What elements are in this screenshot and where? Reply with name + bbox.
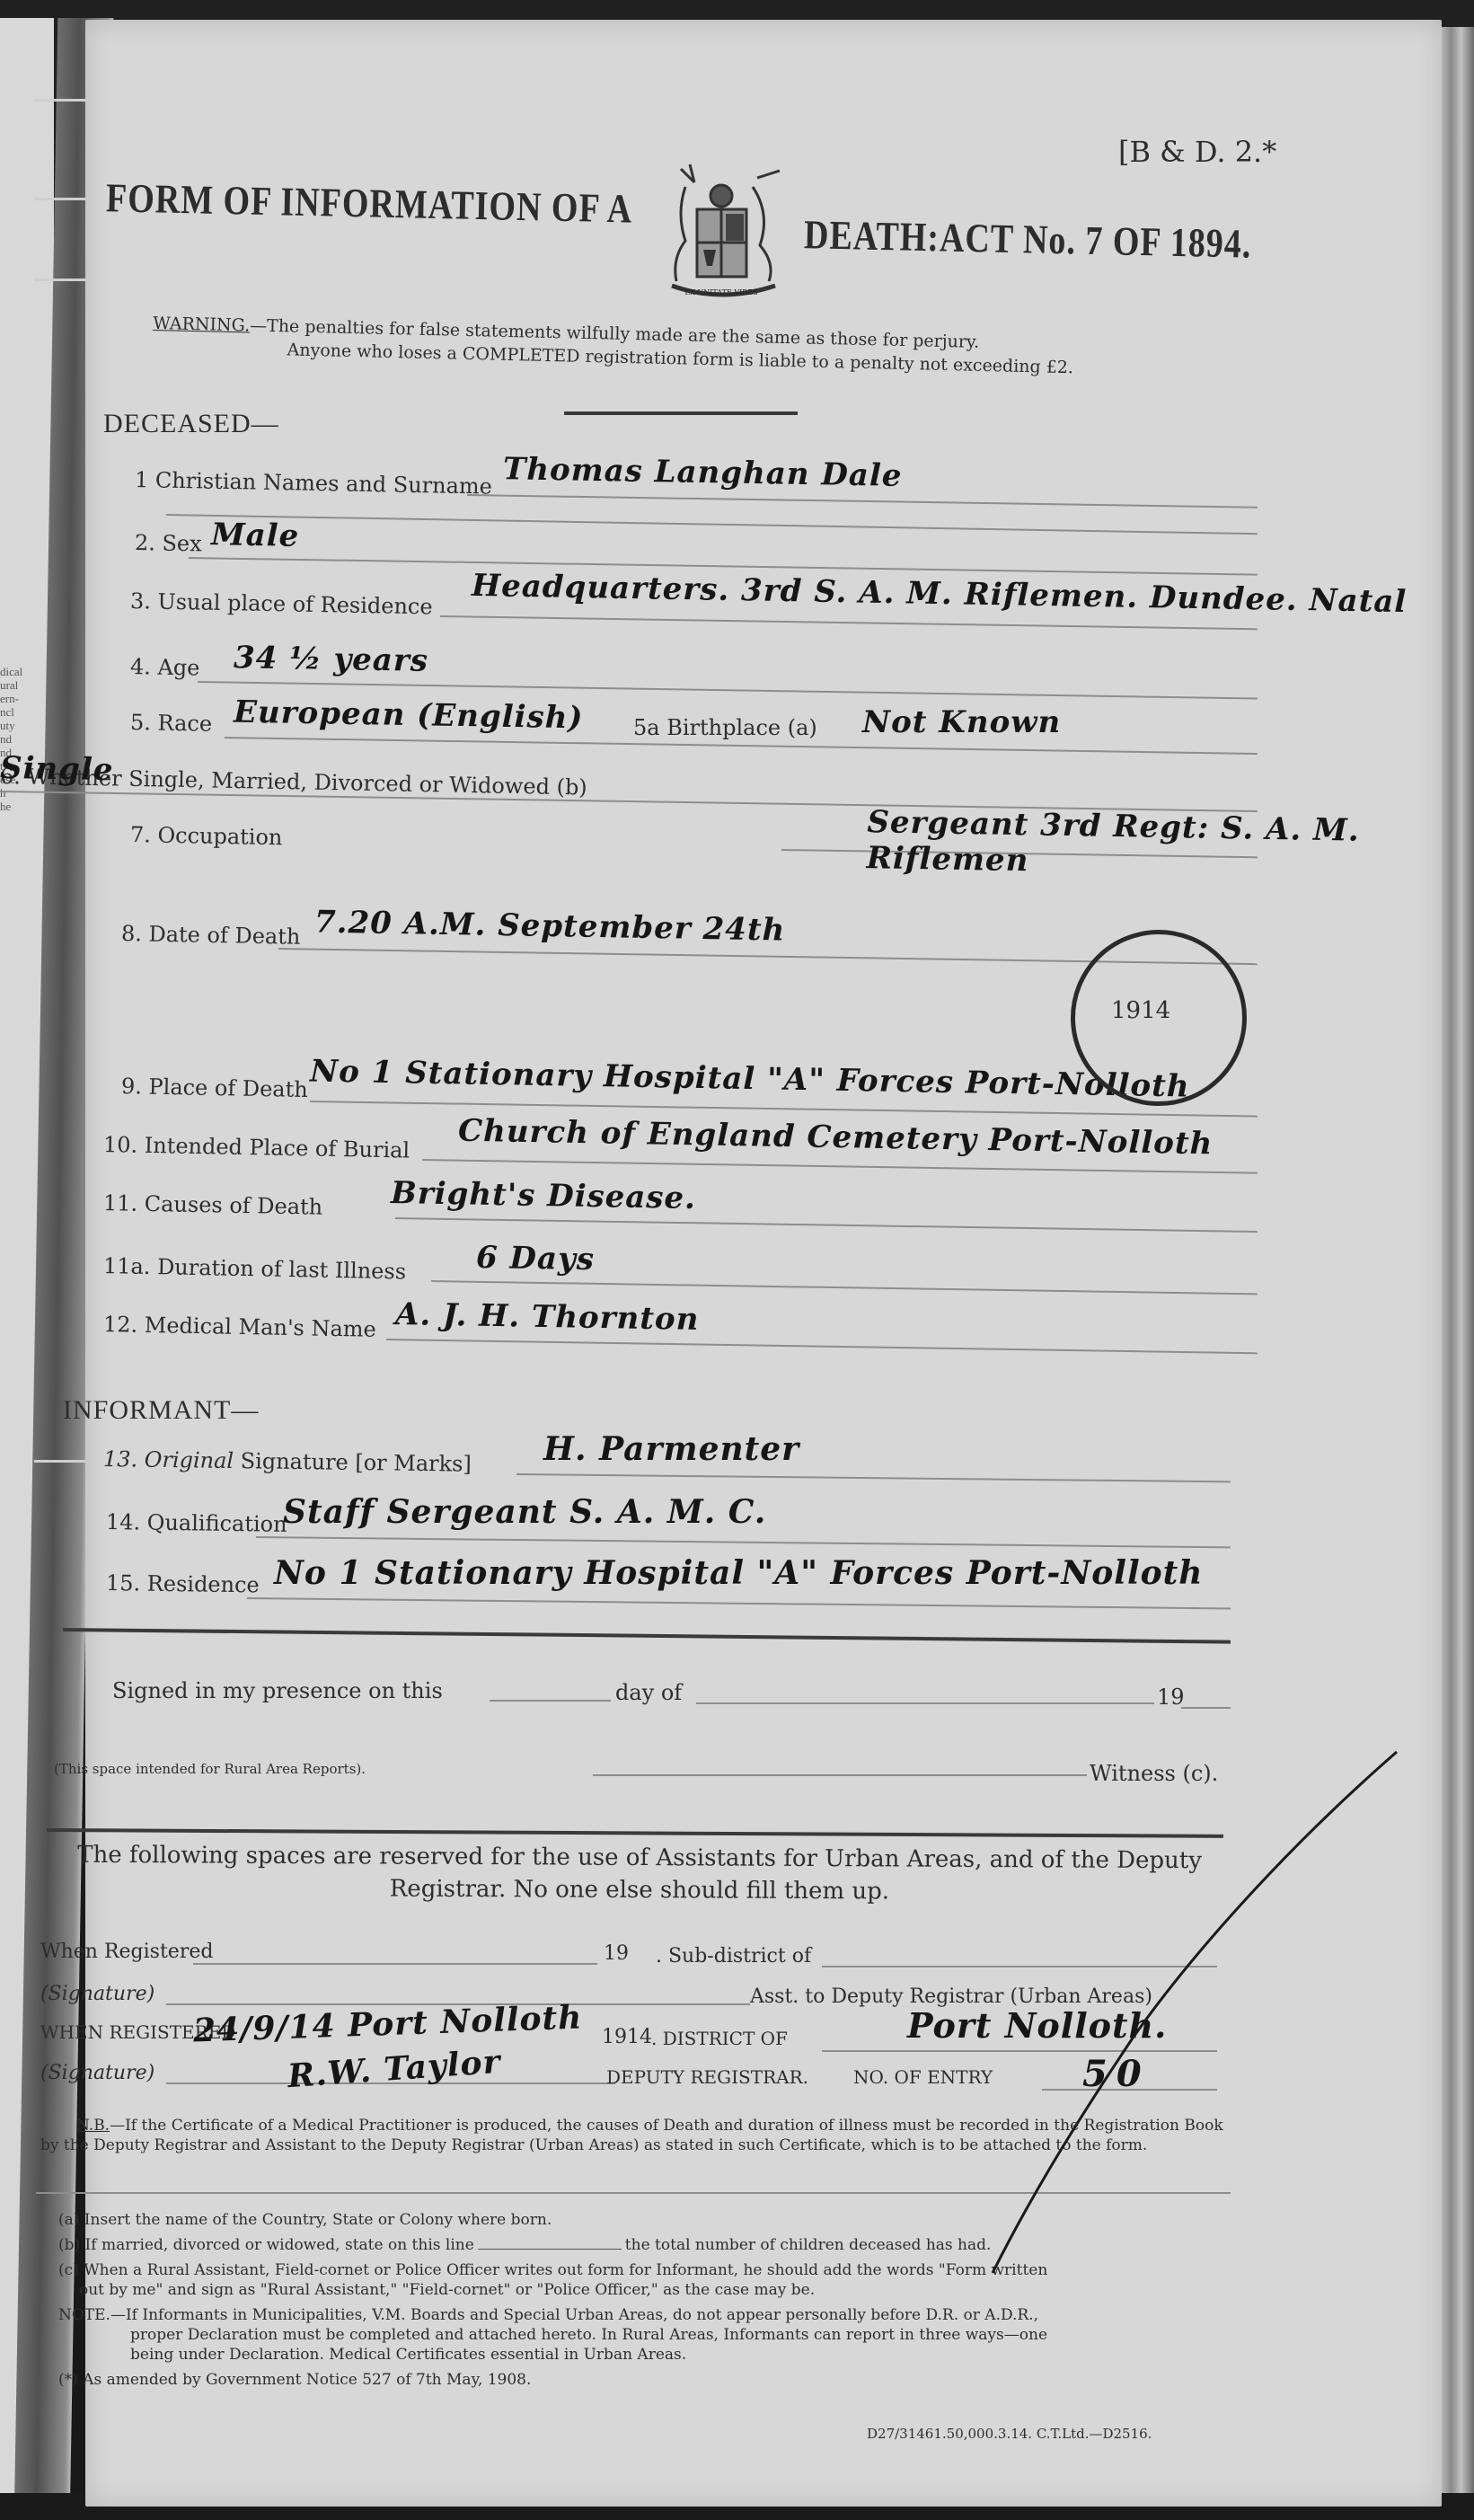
birthplace-value: Not Known bbox=[862, 704, 1061, 740]
year-prefix: 19 bbox=[604, 1942, 629, 1965]
entry-label: NO. OF ENTRY bbox=[853, 2066, 993, 2088]
page-edge bbox=[1442, 27, 1474, 2493]
note-line-3: being under Declaration. Medical Certifi… bbox=[130, 2345, 686, 2365]
divider bbox=[36, 2192, 1231, 2194]
deceased-field-value: Male bbox=[211, 517, 300, 554]
deceased-field-label: 9. Place of Death bbox=[121, 1074, 308, 1102]
svg-text:EX UNITATE VIRES: EX UNITATE VIRES bbox=[684, 288, 757, 296]
coat-of-arms-icon: EX UNITATE VIRES bbox=[645, 160, 798, 304]
facing-page-fragment: ern- bbox=[0, 692, 43, 705]
deceased-field-value: Single bbox=[0, 750, 114, 788]
birthplace-label: 5a Birthplace (a) bbox=[633, 715, 817, 740]
footnote-b: (b) If married, divorced or widowed, sta… bbox=[58, 2235, 991, 2255]
subdistrict-label: . Sub-district of bbox=[656, 1945, 811, 1967]
signature-label: (Signature) bbox=[40, 2062, 154, 2084]
deceased-field-label: 5. Race bbox=[130, 710, 213, 737]
form-code: [B & D. 2.* bbox=[1118, 135, 1276, 169]
deceased-field-value: A. J. H. Thornton bbox=[395, 1296, 700, 1338]
signature-label: (Signature) bbox=[40, 1983, 154, 2005]
signed-presence-label: Signed in my presence on this bbox=[112, 1678, 443, 1703]
year-prefix: 19 bbox=[1157, 1684, 1185, 1710]
nb-note: N.B.—If the Certificate of a Medical Pra… bbox=[40, 2116, 1226, 2155]
deceased-field-label: 8. Date of Death bbox=[121, 921, 301, 950]
deceased-field-label: 7. Occupation bbox=[130, 822, 283, 850]
deceased-field-value: Sergeant 3rd Regt: S. A. M. Riflemen bbox=[866, 804, 1474, 887]
footnote-c-2: out by me" and sign as "Rural Assistant,… bbox=[79, 2280, 815, 2300]
divider bbox=[564, 411, 798, 415]
facing-page-fragment: dical bbox=[0, 665, 43, 678]
deceased-field-value: Bright's Disease. bbox=[391, 1175, 697, 1216]
day-line[interactable] bbox=[490, 1700, 611, 1702]
nb-text: —If the Certificate of a Medical Practit… bbox=[40, 2117, 1223, 2154]
witness-line[interactable] bbox=[593, 1774, 1087, 1776]
when-registered-label: When Registered bbox=[40, 1941, 213, 1963]
year-stamp: 1914 bbox=[1071, 930, 1247, 1106]
district-line[interactable] bbox=[822, 2050, 1217, 2052]
footnote-b-text-2: the total number of children deceased ha… bbox=[625, 2236, 992, 2254]
footnote-c-1: (c) When a Rural Assistant, Field-cornet… bbox=[58, 2260, 1047, 2280]
entry-value: 50 bbox=[1082, 2053, 1151, 2095]
year-stamp-value: 1914 bbox=[1111, 997, 1170, 1024]
rural-note: (This space intended for Rural Area Repo… bbox=[54, 1761, 366, 1777]
deceased-field-value: 6 Days bbox=[476, 1240, 596, 1278]
deceased-field-label: 4. Age bbox=[130, 654, 200, 680]
informant-field-label: 14. Qualification bbox=[106, 1509, 287, 1537]
witness-label: Witness (c). bbox=[1090, 1761, 1218, 1786]
note-line-2: proper Declaration must be completed and… bbox=[130, 2325, 1047, 2345]
facing-page-fragment: ural bbox=[0, 678, 43, 692]
month-line[interactable] bbox=[696, 1702, 1154, 1704]
year-line[interactable] bbox=[1181, 1707, 1231, 1709]
deceased-field-value: 34 ½ years bbox=[234, 640, 429, 679]
informant-field-label: 15. Residence bbox=[106, 1570, 260, 1597]
deceased-field-label: 11. Causes of Death bbox=[103, 1190, 323, 1220]
informant-field-value: Staff Sergeant S. A. M. C. bbox=[283, 1493, 766, 1531]
nb-label: N.B. bbox=[76, 2117, 110, 2135]
informant-heading: INFORMANT— bbox=[63, 1395, 259, 1426]
children-line bbox=[478, 2249, 622, 2250]
subdistrict-line[interactable] bbox=[822, 1966, 1217, 1967]
deceased-field-value: European (English) bbox=[234, 694, 584, 737]
deceased-heading: DECEASED— bbox=[103, 409, 279, 439]
facing-page-fragment: he bbox=[0, 800, 43, 813]
warning-label: WARNING. bbox=[153, 314, 250, 335]
registrar-notice: The following spaces are reserved for th… bbox=[47, 1839, 1232, 1910]
informant-field-value: H. Parmenter bbox=[543, 1430, 799, 1468]
deceased-field-label: 2. Sex bbox=[135, 530, 202, 556]
informant-field-label: 13. Original Signature [or Marks] bbox=[103, 1446, 472, 1477]
note-line-1: NOTE.—If Informants in Municipalities, V… bbox=[58, 2305, 1038, 2325]
facing-page-fragment: uty bbox=[0, 719, 43, 732]
deputy-registrar-label: DEPUTY REGISTRAR. bbox=[606, 2066, 808, 2088]
printer-code: D27/31461.50,000.3.14. C.T.Ltd.—D2516. bbox=[867, 2426, 1152, 2442]
footnote-b-text-1: (b) If married, divorced or widowed, sta… bbox=[58, 2236, 474, 2254]
day-of-label: day of bbox=[615, 1680, 682, 1705]
informant-field-value: No 1 Stationary Hospital "A" Forces Port… bbox=[274, 1554, 1203, 1592]
district-value: Port Nolloth. bbox=[907, 2005, 1167, 2046]
form-title-right: DEATH:ACT No. 7 OF 1894. bbox=[804, 211, 1252, 268]
facing-page-fragment: nd bbox=[0, 732, 43, 746]
district-label: . DISTRICT OF bbox=[651, 2028, 788, 2049]
deceased-field-label: 12. Medical Man's Name bbox=[103, 1312, 376, 1342]
when-registered-line[interactable] bbox=[193, 1963, 597, 1965]
facing-page-fragment: ncl bbox=[0, 705, 43, 719]
amended-note: (*) As amended by Government Notice 527 … bbox=[58, 2370, 531, 2390]
footnote-a: (a) Insert the name of the Country, Stat… bbox=[58, 2210, 552, 2230]
registered-year: 1914 bbox=[602, 2026, 652, 2048]
deceased-field-value: Thomas Langhan Dale bbox=[503, 451, 903, 494]
